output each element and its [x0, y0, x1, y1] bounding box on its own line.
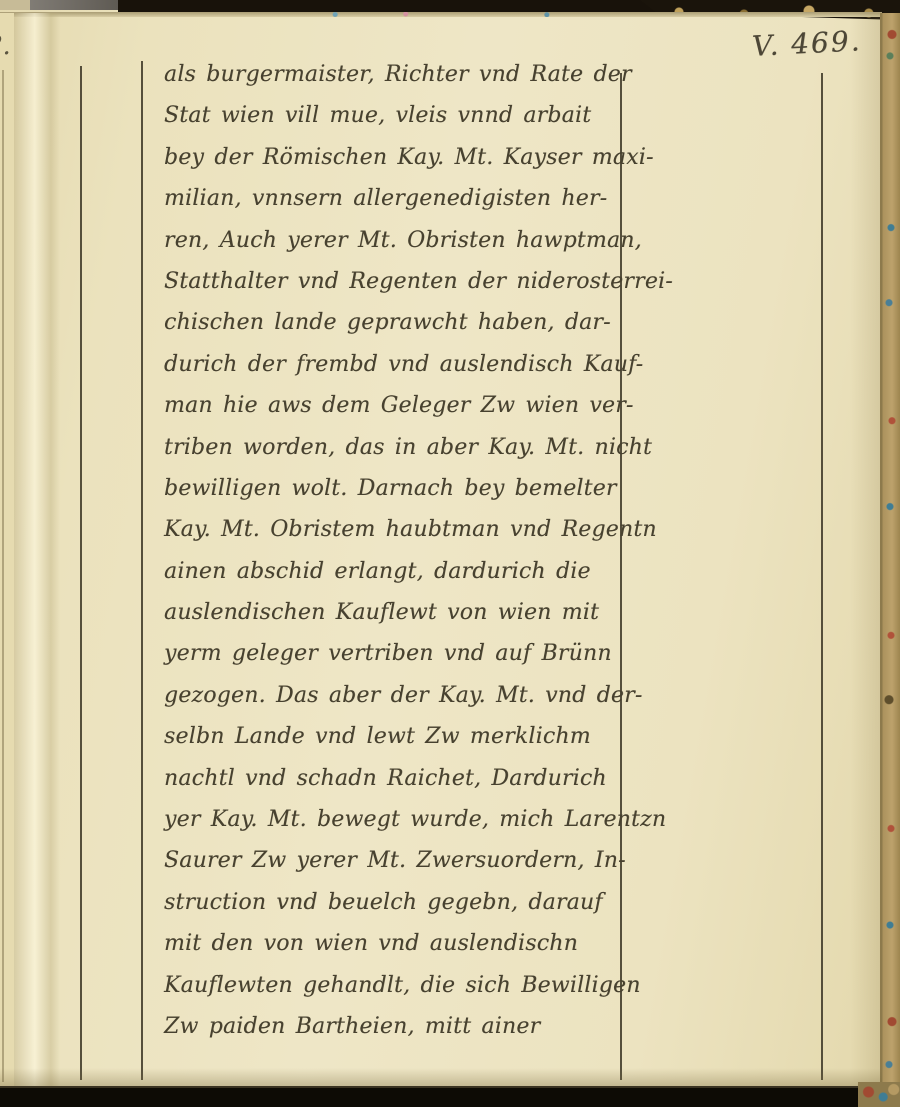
book-bottom-edge	[0, 1086, 900, 1107]
text-line: ainen abschid erlangt, dardurich die	[164, 551, 622, 592]
text-line: bewilligen wolt. Darnach bey bemelter	[164, 468, 622, 509]
text-line: triben worden, das in aber Kay. Mt. nich…	[164, 427, 622, 468]
text-line: Zw paiden Bartheien, mitt ainer	[164, 1006, 622, 1047]
text-line: Kay. Mt. Obristem haubtman vnd Regentn	[164, 509, 622, 550]
text-line: chischen lande geprawcht haben, dar-	[164, 302, 622, 343]
page-crease	[14, 13, 60, 1086]
text-line: Stat wien vill mue, vleis vnnd arbait	[164, 95, 622, 136]
text-line: bey der Römischen Kay. Mt. Kayser maxi-	[164, 137, 622, 178]
left-edge-page-number-fragment: 8.	[0, 31, 11, 61]
background-cloth	[30, 0, 118, 10]
text-line: struction vnd beuelch gegebn, darauf	[164, 882, 622, 923]
page-number: V. 469.	[751, 24, 862, 63]
text-line: Statthalter vnd Regenten der niderosterr…	[164, 261, 622, 302]
text-line: auslendischen Kauflewt von wien mit	[164, 592, 622, 633]
text-line: durich der frembd vnd auslendisch Kauf-	[164, 344, 622, 385]
text-line: Saurer Zw yerer Mt. Zwersuordern, In-	[164, 840, 622, 881]
text-line: Kauflewten gehandlt, die sich Bewilligen	[164, 965, 622, 1006]
text-line: selbn Lande vnd lewt Zw merklichm	[164, 716, 622, 757]
text-line: yer Kay. Mt. bewegt wurde, mich Larentzn	[164, 799, 622, 840]
bottom-corner-marbling	[858, 1082, 900, 1107]
ruled-line-left-outer	[80, 66, 82, 1080]
page-right-shade	[850, 13, 880, 1086]
underlying-page-edge	[2, 70, 4, 1082]
text-line: ren, Auch yerer Mt. Obristen hawptman,	[164, 220, 622, 261]
page-bottom-shadow	[0, 1068, 882, 1086]
text-line: nachtl vnd schadn Raichet, Dardurich	[164, 758, 622, 799]
ruled-line-right-margin	[821, 73, 823, 1080]
ruled-line-left-inner	[141, 61, 143, 1080]
text-line: milian, vnnsern allergenedigisten her-	[164, 178, 622, 219]
text-line: mit den von wien vnd auslendischn	[164, 923, 622, 964]
text-line: als burgermaister, Richter vnd Rate der	[164, 54, 622, 95]
book-fore-edge	[880, 13, 900, 1086]
text-line: man hie aws dem Geleger Zw wien ver-	[164, 385, 622, 426]
text-line: yerm geleger vertriben vnd auf Brünn	[164, 633, 622, 674]
text-line: gezogen. Das aber der Kay. Mt. vnd der-	[164, 675, 622, 716]
page-top-seam	[0, 12, 882, 17]
manuscript-text: als burgermaister, Richter vnd Rate derS…	[164, 54, 622, 1047]
manuscript-photo: 8. V. 469. als burgermaister, Richter vn…	[0, 0, 900, 1107]
page-top-corner	[0, 0, 30, 10]
